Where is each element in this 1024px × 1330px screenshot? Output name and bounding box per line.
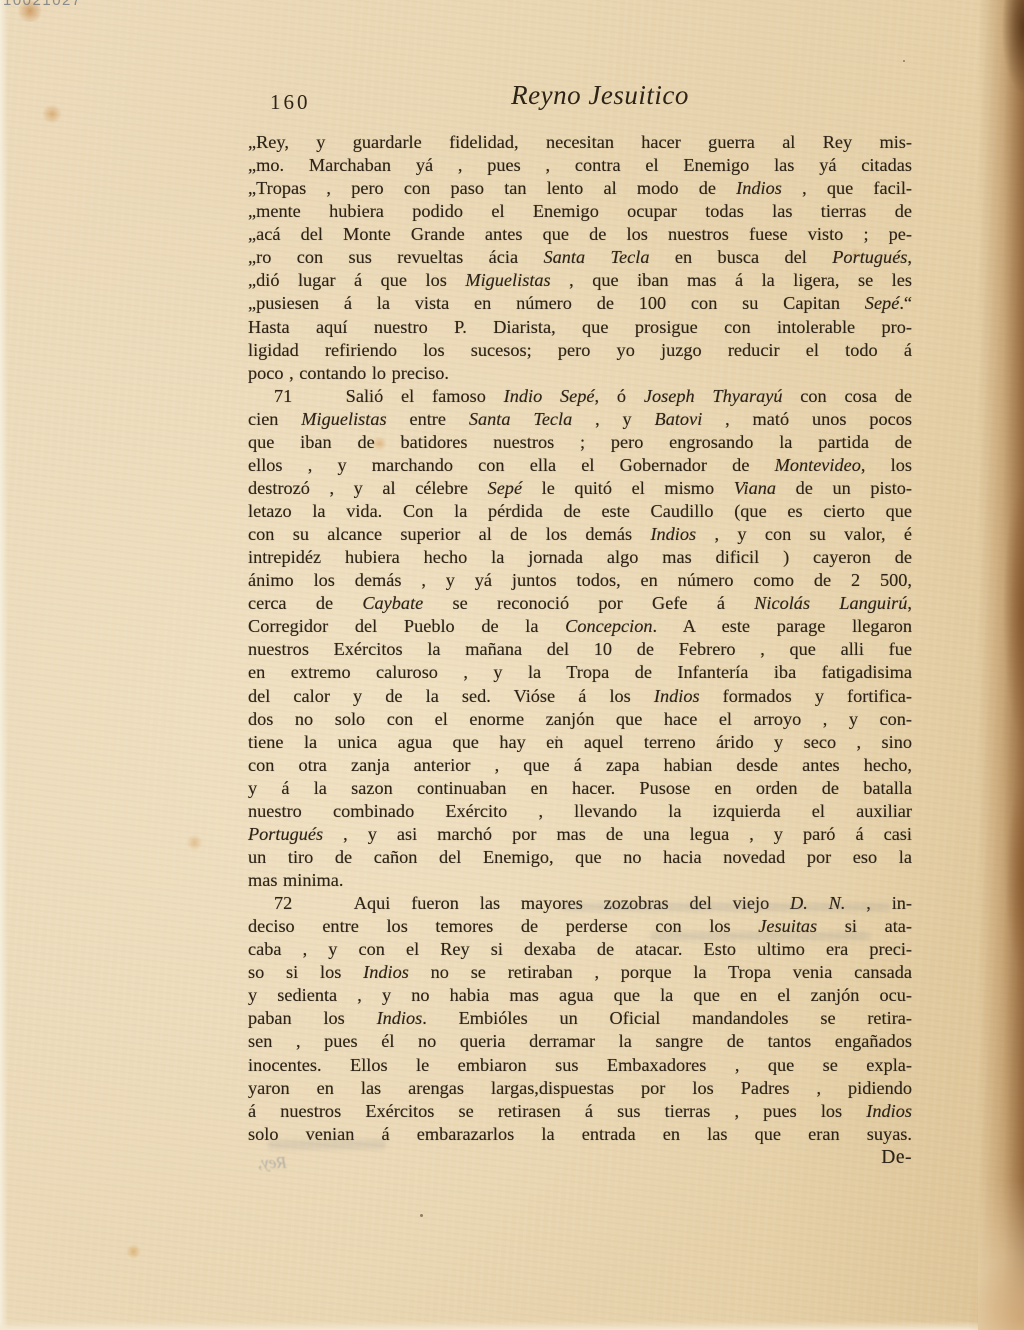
bottom-right-stain	[934, 1190, 1024, 1330]
text-run: ,	[907, 593, 912, 613]
text-run: le quitó el mismo	[522, 478, 734, 498]
body-line: y sedienta , y no habia mas agua que la …	[248, 984, 912, 1007]
ink-speck	[420, 1214, 423, 1217]
proper-noun-italic: Miguelistas	[301, 409, 386, 429]
text-run: nuestro combinado Exército , llevando la…	[248, 801, 912, 821]
proper-noun-italic: Batovi	[655, 409, 703, 429]
proper-noun-italic: Sepé	[488, 478, 523, 498]
text-run: ligidad refiriendo los sucesos; pero yo …	[248, 340, 912, 360]
proper-noun-italic: Indios	[654, 686, 700, 706]
text-run: y á la sazon continuaban en hacer. Pusos…	[248, 778, 912, 798]
text-run: 71 Salió el famoso	[274, 386, 504, 406]
body-line: sen , pues él no queria derramar la sang…	[248, 1030, 912, 1053]
proper-noun-italic: Concepcion	[565, 616, 652, 636]
bleedthrough-smudge	[650, 932, 870, 940]
proper-noun-italic: Indios	[866, 1101, 912, 1121]
text-run: so si los	[248, 962, 363, 982]
foxing-spot	[126, 1244, 141, 1259]
text-run: , que facil-	[782, 178, 912, 198]
text-run: , los	[861, 455, 912, 475]
text-run: mas minima.	[248, 870, 343, 890]
page-number: 160	[270, 90, 311, 115]
text-run: „Rey, y guardarle fidelidad, necesitan h…	[248, 132, 912, 152]
proper-noun-italic: Santa Tecla	[469, 409, 572, 429]
proper-noun-italic: Nicolás Languirú	[754, 593, 907, 613]
catchword: De-	[248, 1147, 912, 1169]
body-line: so si los Indios no se retiraban , porqu…	[248, 961, 912, 984]
text-run: paban los	[248, 1008, 377, 1028]
body-text: „Rey, y guardarle fidelidad, necesitan h…	[248, 131, 912, 1146]
body-line: nuestros Exércitos la mañana del 10 de F…	[248, 638, 912, 661]
bleedthrough-smudge	[560, 903, 890, 911]
body-line: cerca de Caybate se reconoció por Gefe á…	[248, 592, 912, 615]
running-title: Reyno Jesuitico	[430, 80, 770, 111]
bleedthrough-smudge	[268, 1140, 386, 1149]
proper-noun-italic: Portugués	[248, 824, 323, 844]
text-run: y sedienta , y no habia mas agua que la …	[248, 985, 912, 1005]
body-line: destrozó , y al célebre Sepé le quitó el…	[248, 477, 912, 500]
body-line: „mente hubiera podido el Enemigo ocupar …	[248, 200, 912, 223]
text-run: se reconoció por Gefe á	[423, 593, 754, 613]
body-line: á nuestros Exércitos se retirasen á sus …	[248, 1100, 912, 1123]
body-line: „Tropas , pero con paso tan lento al mod…	[248, 177, 912, 200]
body-line: „acá del Monte Grande antes que de los n…	[248, 223, 912, 246]
body-line: „Rey, y guardarle fidelidad, necesitan h…	[248, 131, 912, 154]
text-run: „mo. Marchaban yá , pues , contra el Ene…	[248, 155, 912, 175]
text-run: ellos , y marchando con ella el Gobernad…	[248, 455, 775, 475]
proper-noun-italic: Indios	[377, 1008, 423, 1028]
text-run: formados y fortifica-	[700, 686, 912, 706]
text-run: inocentes. Ellos le embiaron sus Embaxad…	[248, 1055, 912, 1075]
proper-noun-italic: Caybate	[362, 593, 423, 613]
body-line: caba , y con el Rey si dexaba de atacar.…	[248, 938, 912, 961]
proper-noun-italic: Sepé	[865, 293, 900, 313]
body-line: inocentes. Ellos le embiaron sus Embaxad…	[248, 1054, 912, 1077]
text-run: ,	[907, 247, 912, 267]
proper-noun-italic: Joseph Thyarayú	[644, 386, 783, 406]
text-run: poco , contando lo preciso.	[248, 363, 449, 383]
proper-noun-italic: Portugués	[832, 247, 907, 267]
text-run: de un pisto-	[776, 478, 912, 498]
text-run: dos no solo con el enorme zanjón que hac…	[248, 709, 912, 729]
proper-noun-italic: Montevideo	[775, 455, 861, 475]
text-run: sen , pues él no queria derramar la sang…	[248, 1031, 912, 1051]
text-run: intrepidéz hubiera hecho la jornada algo…	[248, 547, 912, 567]
body-line: „pusiesen á la vista en número de 100 co…	[248, 292, 912, 315]
body-line: ligidad refiriendo los sucesos; pero yo …	[248, 339, 912, 362]
body-line: „ro con sus revueltas ácia Santa Tecla e…	[248, 246, 912, 269]
scan-id-watermark: 10021027	[3, 0, 82, 9]
text-run: „dió lugar á que los	[248, 270, 465, 290]
proper-noun-italic: Indios	[736, 178, 782, 198]
text-run: destrozó , y al célebre	[248, 478, 488, 498]
ink-speck	[903, 60, 905, 62]
text-run: „pusiesen á la vista en número de 100 co…	[248, 293, 865, 313]
text-run: en extremo caluroso , y la Tropa de Infa…	[248, 662, 912, 682]
text-run: Hasta aquí nuestro P. Diarista, que pros…	[248, 317, 912, 337]
body-line: mas minima.	[248, 869, 912, 892]
body-line: „mo. Marchaban yá , pues , contra el Ene…	[248, 154, 912, 177]
text-run: Corregidor del Pueblo de la	[248, 616, 565, 636]
text-run: entre	[387, 409, 469, 429]
text-run: del calor y de la sed. Vióse á los	[248, 686, 654, 706]
text-run: , y con su valor, é	[696, 524, 912, 544]
text-run: cien	[248, 409, 301, 429]
text-run: letazo la vida. Con la pérdida de este C…	[248, 501, 912, 521]
body-line: yaron en las arengas largas,dispuestas p…	[248, 1077, 912, 1100]
body-line: dos no solo con el enorme zanjón que hac…	[248, 708, 912, 731]
text-run: . Embióles un Oficial mandandoles se ret…	[422, 1008, 912, 1028]
text-run: nuestros Exércitos la mañana del 10 de F…	[248, 639, 912, 659]
body-line: poco , contando lo preciso.	[248, 362, 912, 385]
body-line: con otra zanja anterior , que á zapa hab…	[248, 754, 912, 777]
text-run: con otra zanja anterior , que á zapa hab…	[248, 755, 912, 775]
body-line: que iban de batidores nuestros ; pero en…	[248, 431, 912, 454]
page-left-edge	[0, 0, 8, 1330]
text-run: , y asi marchó por mas de una legua , y …	[323, 824, 912, 844]
proper-noun-italic: Indio Sepé	[504, 386, 595, 406]
body-line: paban los Indios. Embióles un Oficial ma…	[248, 1007, 912, 1030]
body-line: letazo la vida. Con la pérdida de este C…	[248, 500, 912, 523]
body-line: „dió lugar á que los Miguelistas , que i…	[248, 269, 912, 292]
text-run: caba , y con el Rey si dexaba de atacar.…	[248, 939, 912, 959]
text-run: „mente hubiera podido el Enemigo ocupar …	[248, 201, 912, 221]
proper-noun-italic: Viana	[734, 478, 776, 498]
body-line: cien Miguelistas entre Santa Tecla , y B…	[248, 408, 912, 431]
text-run: tiene la unica agua que hay en aquel ter…	[248, 732, 912, 752]
bleedthrough-text: Rey,	[258, 1153, 287, 1173]
body-line: nuestro combinado Exército , llevando la…	[248, 800, 912, 823]
proper-noun-italic: Indios	[363, 962, 409, 982]
body-line: ellos , y marchando con ella el Gobernad…	[248, 454, 912, 477]
body-line: Portugués , y asi marchó por mas de una …	[248, 823, 912, 846]
text-run: .“	[899, 293, 912, 313]
foxing-spot	[186, 834, 203, 851]
text-run: „Tropas , pero con paso tan lento al mod…	[248, 178, 736, 198]
text-run: que iban de batidores nuestros ; pero en…	[248, 432, 912, 452]
book-page-scan: 10021027 160 Reyno Jesuitico „Rey, y gua…	[0, 0, 1024, 1330]
text-run: „ro con sus revueltas ácia	[248, 247, 543, 267]
body-line: y á la sazon continuaban en hacer. Pusos…	[248, 777, 912, 800]
page-bottom-edge	[0, 1321, 1024, 1330]
text-run: , que iban mas á la ligera, se les	[551, 270, 912, 290]
text-run: á nuestros Exércitos se retirasen á sus …	[248, 1101, 866, 1121]
page-gutter-shadow	[978, 0, 1024, 1330]
text-run: , ó	[595, 386, 644, 406]
body-line: con su alcance superior al de los demás …	[248, 523, 912, 546]
text-run: , y	[572, 409, 654, 429]
text-run: con su alcance superior al de los demás	[248, 524, 650, 544]
foxing-spot	[42, 104, 62, 124]
body-line: Hasta aquí nuestro P. Diarista, que pros…	[248, 316, 912, 339]
body-line: tiene la unica agua que hay en aquel ter…	[248, 731, 912, 754]
proper-noun-italic: Santa Tecla	[543, 247, 649, 267]
text-run: ánimo los demás , y yá juntos todos, en …	[248, 570, 912, 590]
text-run: , mató unos pocos	[702, 409, 912, 429]
body-line: ánimo los demás , y yá juntos todos, en …	[248, 569, 912, 592]
text-run: yaron en las arengas largas,dispuestas p…	[248, 1078, 912, 1098]
text-run: cerca de	[248, 593, 362, 613]
text-run: un tiro de cañon del Enemigo, que no hac…	[248, 847, 912, 867]
body-line: Corregidor del Pueblo de la Concepcion. …	[248, 615, 912, 638]
body-line: intrepidéz hubiera hecho la jornada algo…	[248, 546, 912, 569]
body-line: del calor y de la sed. Vióse á los Indio…	[248, 685, 912, 708]
body-line: un tiro de cañon del Enemigo, que no hac…	[248, 846, 912, 869]
text-run: „acá del Monte Grande antes que de los n…	[248, 224, 912, 244]
text-run: en busca del	[649, 247, 832, 267]
proper-noun-italic: Miguelistas	[465, 270, 550, 290]
body-line: 71 Salió el famoso Indio Sepé, ó Joseph …	[248, 385, 912, 408]
body-line: en extremo caluroso , y la Tropa de Infa…	[248, 661, 912, 684]
text-run: no se retiraban , porque la Tropa venia …	[409, 962, 912, 982]
text-run: . A este parage llegaron	[653, 616, 913, 636]
text-run: con cosa de	[782, 386, 912, 406]
proper-noun-italic: Indios	[650, 524, 696, 544]
